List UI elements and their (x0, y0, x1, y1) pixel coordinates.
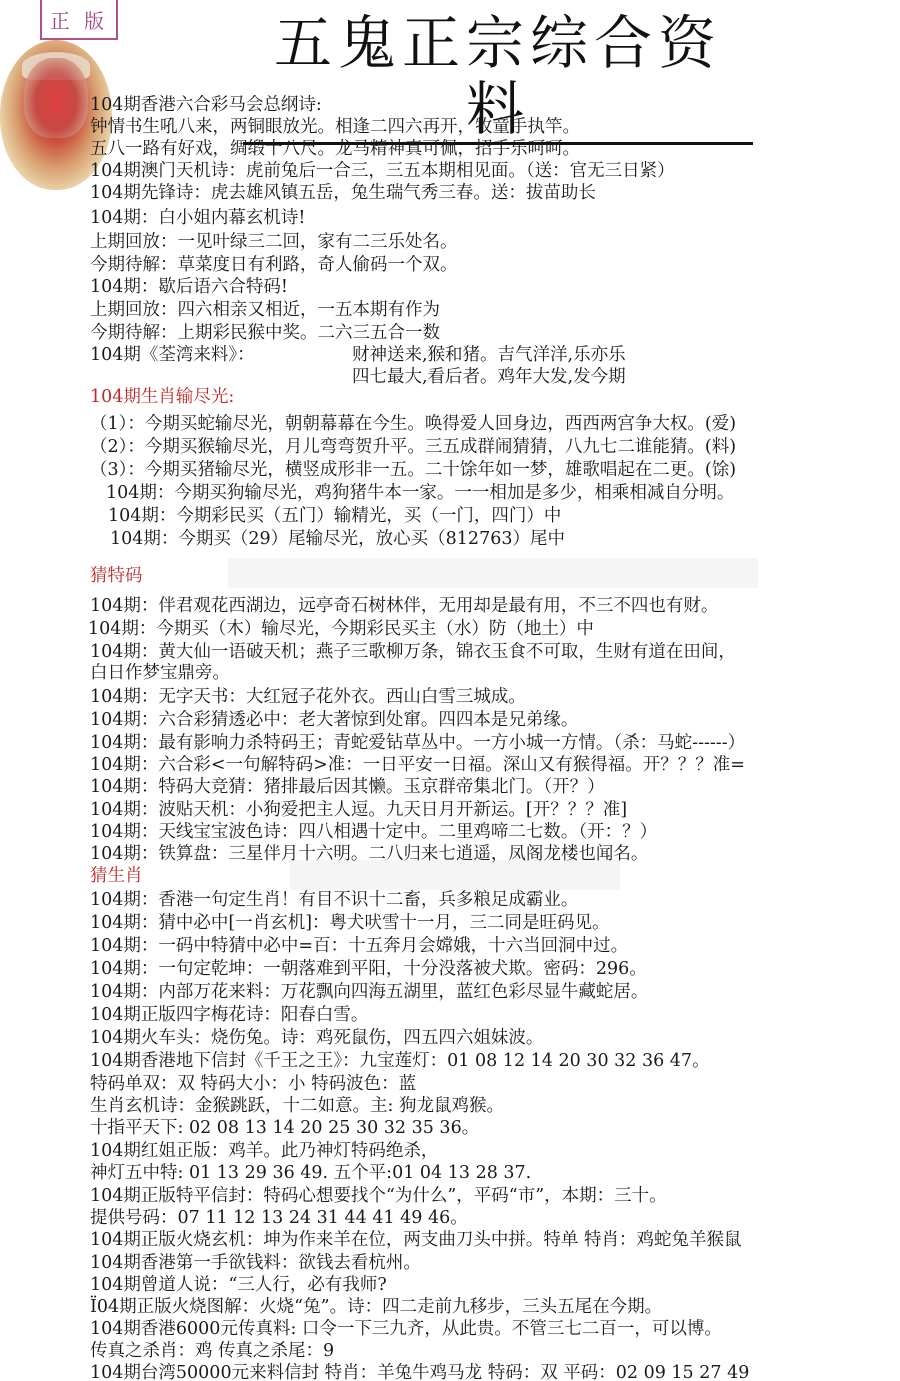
caishengxiao-line: 104期：香港一句定生肖！有目不识十二畜，兵多粮足成霸业。 (90, 889, 578, 911)
caishengxiao-line: 十指平天下: 02 08 13 14 20 25 30 32 35 36。 (90, 1117, 479, 1139)
shuqinguang-line: 104期：今期买（29）尾输尽光，放心买（812763）尾中 (110, 528, 565, 550)
intro-line: 104期先锋诗：虎去雄风镇五岳，兔生瑞气秀三春。送：拔苗助长 (90, 182, 596, 204)
caishengxiao-line: 生肖玄机诗：金猴跳跃，十二如意。主: 狗龙鼠鸡猴。 (90, 1095, 504, 1117)
intro-line: 五八一路有好戏，绸缎十八尺。龙马精神真可佩，招手乐呵呵。 (90, 138, 580, 160)
section-heading-shengxiao-shuqinguang: 104期生肖输尽光: (90, 386, 234, 408)
quanwan-line: 财神送来,猴和猪。吉气洋洋,乐亦乐 (352, 344, 626, 366)
shaded-band (228, 558, 758, 588)
intro-line: 上期回放：一见叶绿三二回，家有二三乐处名。 (90, 231, 458, 253)
section-heading-caitema: 猜特码 (90, 565, 143, 587)
shuqinguang-line: （1）：今期买蛇输尽光，朝朝幕幕在今生。唤得爱人回身边，西西两宫争大权。(爱) (90, 413, 736, 435)
intro-line: 104期：白小姐内幕玄机诗! (90, 207, 305, 229)
shuqinguang-line: （2）：今期买猴输尽光，月儿弯弯贺升平。三五成群闹猜猜，八九七二谁能猜。(料) (90, 436, 736, 458)
caitema-line: 104期：铁算盘：三星伴月十六明。二八归来七逍遥，凤阁龙楼也闻名。 (90, 843, 648, 865)
intro-line: 今期待解：上期彩民猴中奖。二六三五合一数 (90, 322, 440, 344)
caishengxiao-line: 104期台湾50000元来料信封 特肖：羊兔牛鸡马龙 特码：双 平码：02 09… (90, 1362, 749, 1381)
caishengxiao-line: 104期：猜中必中[一肖玄机]：粤犬吠雪十一月，三二同是旺码见。 (90, 912, 610, 934)
avatar-face-shape (24, 58, 88, 138)
caishengxiao-line: 104期：一句定乾坤：一朝落难到平阳，十分没落被犬欺。密码：296。 (90, 958, 647, 980)
caitema-line: 104期：波贴天机：小狗爱把主人逗。九天日月开新运。[开？？？准] (90, 799, 627, 821)
caishengxiao-line: 104期：内部万花来料：万花飘向四海五湖里，蓝红色彩尽显牛藏蛇居。 (90, 981, 648, 1003)
intro-line: 上期回放：四六相亲又相近，一五本期有作为 (90, 299, 440, 321)
intro-line: 今期待解：草菜度日有利路，奇人偷码一个双。 (90, 254, 458, 276)
intro-line: 钟情书生吼八来，两铜眼放光。相逢二四六再开，牧童手执竿。 (90, 116, 580, 138)
caishengxiao-line: 104期火车头：烧伤兔。诗：鸡死鼠伤，四五四六姐妹波。 (90, 1027, 543, 1049)
caishengxiao-line: 104期香港第一手欲钱料：欲钱去看杭州。 (90, 1252, 421, 1274)
shuqinguang-line: 104期：今期彩民买（五门）输精光，买（一门，四门）中 (108, 505, 561, 527)
caishengxiao-line: Ï04期正版火烧图解：火烧“兔”。诗：四二走前九移步，三头五尾在今期。 (90, 1296, 662, 1318)
caishengxiao-line: 104期正版火烧玄机：坤为作来羊在位，两支曲刀头中拼。特单 特肖：鸡蛇兔羊猴鼠 (90, 1229, 741, 1251)
caitema-line: 104期：特码大竞猜：猪排最后因其懒。玉京群帝集北门。（开？） (90, 776, 605, 798)
intro-line: 104期澳门天机诗：虎前兔后一合三，三五本期相见面。（送：官无三日紧） (90, 160, 675, 182)
caitema-line: 104期：今期买（木）输尽光，今期彩民买主（水）防（地土）中 (88, 618, 594, 640)
caishengxiao-line: 104期：一码中特猜中必中=百：十五奔月会嫦娥，十六当回洞中过。 (90, 935, 628, 957)
intro-line: 104期香港六合彩马会总纲诗: (90, 94, 322, 116)
caishengxiao-line: 104期曾道人说：“三人行，必有我师? (90, 1274, 387, 1296)
caitema-line: 104期：无字天书：大红冠子花外衣。西山白雪三城成。 (90, 686, 526, 708)
caishengxiao-line: 104期红姐正版：鸡羊。此乃神灯特码绝杀， (90, 1140, 438, 1162)
caishengxiao-line: 提供号码：07 11 12 13 24 31 44 41 49 46。 (90, 1207, 468, 1229)
quanwan-line: 四七最大,看后者。鸡年大发,发今期 (352, 366, 626, 388)
caitema-line: 白日作梦宝鼎旁。 (90, 662, 230, 684)
caishengxiao-line: 104期香港地下信封《千王之王》：九宝莲灯：01 08 12 14 20 30 … (90, 1050, 710, 1072)
authentic-badge: 正 版 (40, 0, 118, 40)
shuqinguang-line: （3）：今期买猪输尽光，横竖成形非一五。二十馀年如一梦，雄歌唱起在二更。(馀) (90, 459, 736, 481)
caitema-line: 104期：天线宝宝波色诗：四八相遇十定中。二里鸡啼二七数。（开：？） (90, 821, 657, 843)
caishengxiao-line: 104期正版四字梅花诗：阳春白雪。 (90, 1004, 368, 1026)
shuqinguang-line: 104期：今期买狗输尽光，鸡狗猪牛本一家。一一相加是多少，相乘相减自分明。 (106, 482, 734, 504)
caishengxiao-line: 104期香港6000元传真料: 口令一下三九齐，从此贵。不管三七二百一，可以博。 (90, 1318, 722, 1340)
caitema-line: 104期：六合彩猜透必中：老大著惊到处窜。四四本是兄弟缘。 (90, 709, 578, 731)
caitema-line: 104期：六合彩<一句解特码>准：一日平安一日福。深山又有猴得福。开？？？准= (90, 754, 745, 776)
section-heading-caishengxiao: 猜生肖 (90, 865, 143, 887)
caitema-line: 104期：最有影响力杀特码王；青蛇爱钻草丛中。一方小城一方情。（杀：马蛇----… (90, 732, 745, 754)
intro-line: 104期：歇后语六合特码! (90, 276, 288, 298)
caishengxiao-line: 神灯五中特: 01 13 29 36 49. 五个平:01 04 13 28 3… (90, 1162, 531, 1184)
caishengxiao-line: 特码单双：双 特码大小：小 特码波色：蓝 (90, 1073, 416, 1095)
caitema-line: 104期：黄大仙一语破天机；燕子三歌柳万条，锦衣玉食不可取，生财有道在田间， (90, 641, 736, 663)
quanwan-label: 104期《荃湾来料》： (90, 344, 255, 366)
caishengxiao-line: 104期正版特平信封：特码心想要找个“为什么”，平码“市”，本期：三十。 (90, 1185, 667, 1207)
caitema-line: 104期：伴君观花西湖边，远亭奇石树林伴，无用却是最有用，不三不四也有财。 (90, 595, 718, 617)
caishengxiao-line: 传真之杀肖：鸡 传真之杀尾：9 (90, 1340, 334, 1362)
